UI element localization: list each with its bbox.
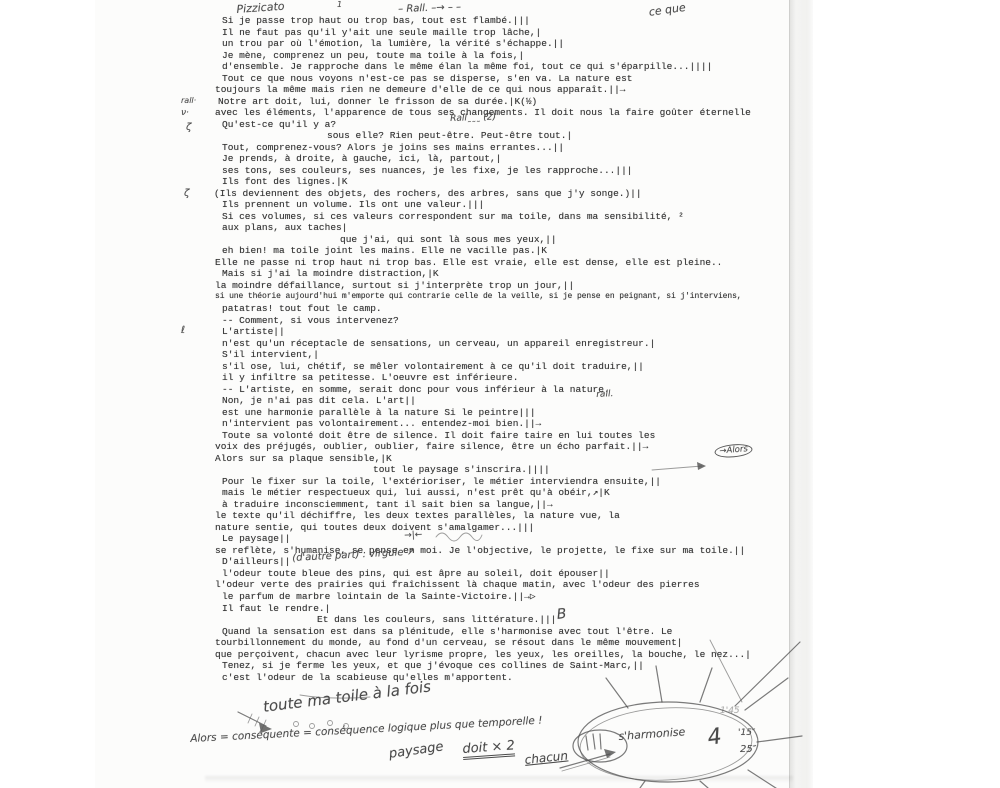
sun-doodle	[573, 640, 802, 788]
ensuite-arrow	[652, 462, 706, 470]
chacun-arrow	[560, 749, 616, 771]
small-circles	[294, 721, 349, 729]
pen-arrow	[238, 712, 272, 733]
doodle-overlay	[0, 0, 1000, 788]
scanned-manuscript-page: { "colors": { "paper": "#fcfcfb", "typed…	[0, 0, 1000, 788]
underline-flourish	[300, 695, 370, 698]
squiggle	[436, 533, 482, 541]
